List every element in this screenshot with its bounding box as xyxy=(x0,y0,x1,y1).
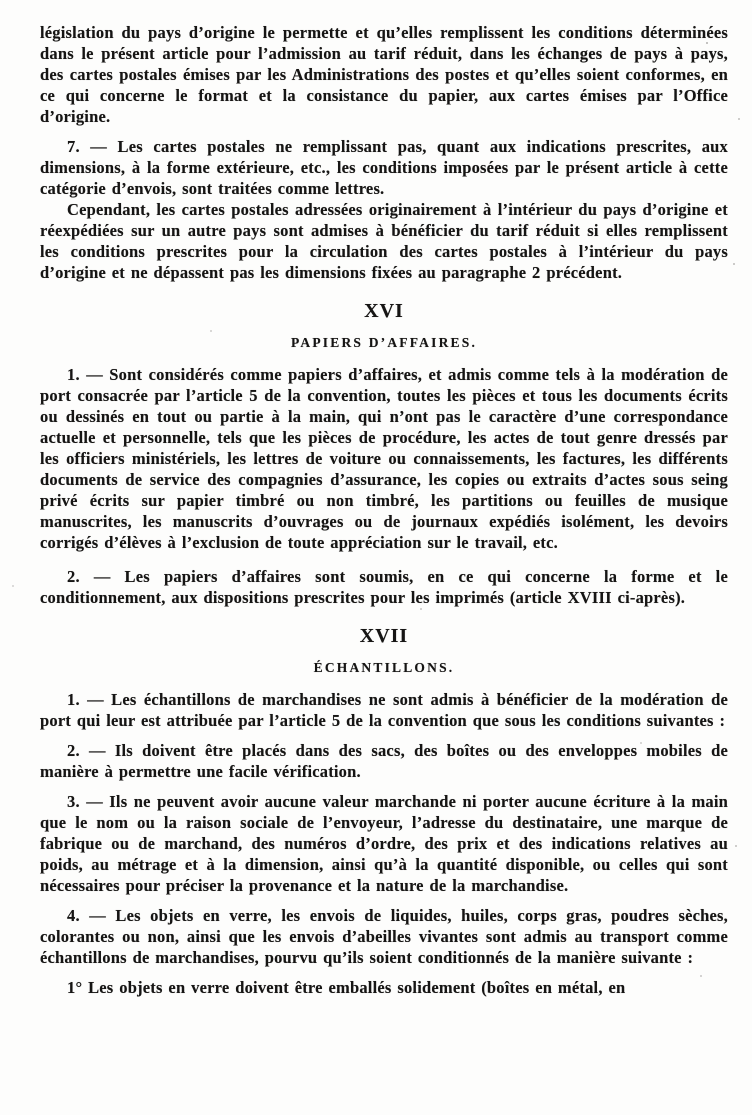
article-subheading-echantillons: ÉCHANTILLONS. xyxy=(40,657,728,678)
scan-noise-specks xyxy=(0,0,2,2)
echantillons-paragraph-1: 1. — Les échantillons de marchandises ne… xyxy=(40,689,728,731)
paragraph-7-cependant: Cependant, les cartes postales adressées… xyxy=(40,199,728,283)
echantillons-paragraph-2: 2. — Ils doivent être placés dans des sa… xyxy=(40,740,728,782)
papiers-affaires-paragraph-1: 1. — Sont considérés comme papiers d’aff… xyxy=(40,364,728,553)
echantillons-paragraph-4-item-1: 1° Les objets en verre doivent être emba… xyxy=(40,977,728,998)
article-heading-xvi: XVI xyxy=(40,301,728,322)
article-subheading-papiers-affaires: PAPIERS D’AFFAIRES. xyxy=(40,332,728,353)
scanned-document-page: législation du pays d’origine le permett… xyxy=(0,0,752,1115)
paragraph-7: 7. — Les cartes postales ne remplissant … xyxy=(40,136,728,199)
paragraph-continuation: législation du pays d’origine le permett… xyxy=(40,22,728,127)
article-heading-xvii: XVII xyxy=(40,626,728,647)
echantillons-paragraph-3: 3. — Ils ne peuvent avoir aucune valeur … xyxy=(40,791,728,896)
echantillons-paragraph-4: 4. — Les objets en verre, les envois de … xyxy=(40,905,728,968)
papiers-affaires-paragraph-2: 2. — Les papiers d’affaires sont soumis,… xyxy=(40,566,728,608)
